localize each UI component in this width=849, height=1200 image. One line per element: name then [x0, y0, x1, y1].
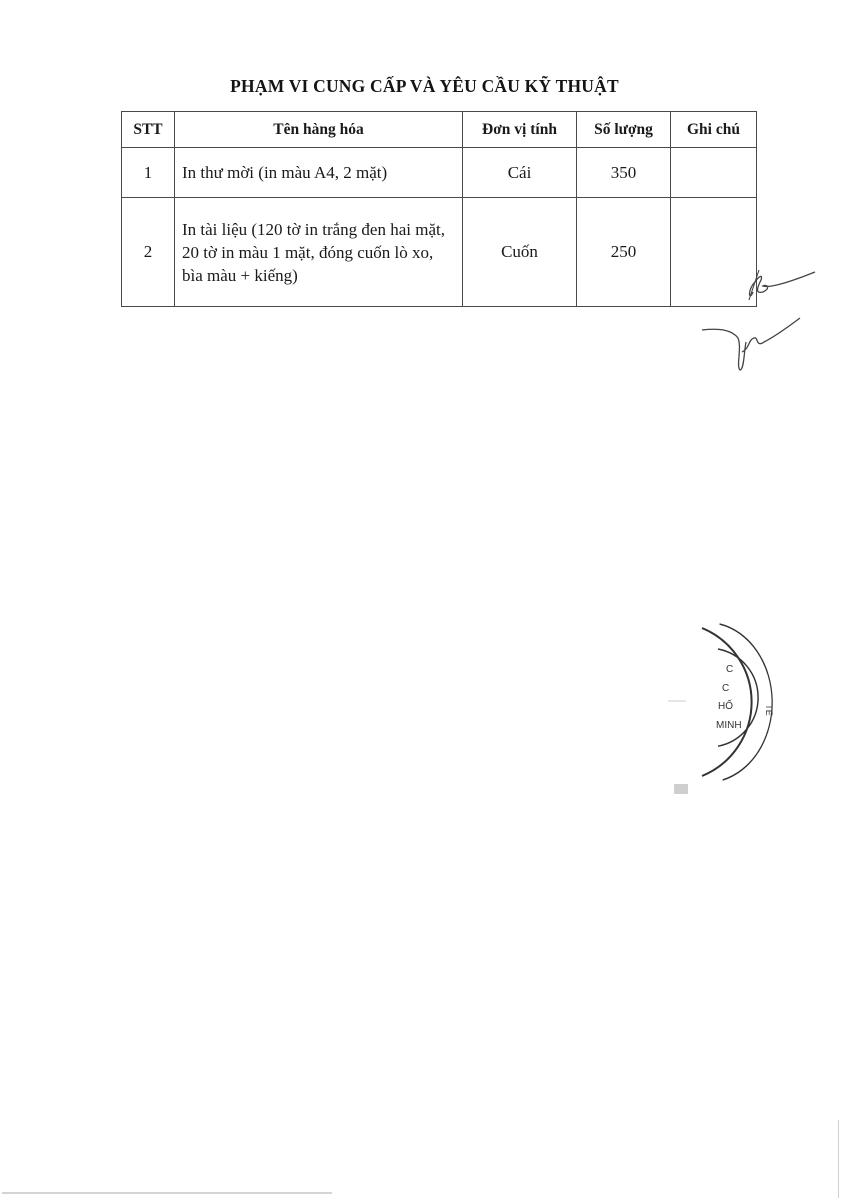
cell-quantity: 250	[577, 198, 671, 307]
scan-edge	[838, 1120, 839, 1198]
stamp-text: MINH	[716, 720, 742, 731]
cell-note	[671, 148, 757, 198]
signature-1	[745, 262, 825, 307]
cell-note	[671, 198, 757, 307]
stamp-text: TE	[764, 704, 774, 716]
header-unit: Đơn vị tính	[463, 112, 577, 148]
scan-artifact	[674, 784, 688, 794]
scan-edge	[2, 1192, 332, 1194]
cell-stt: 1	[122, 148, 175, 198]
stamp-text: C	[726, 664, 733, 675]
header-quantity: Số lượng	[577, 112, 671, 148]
scan-artifact	[668, 700, 686, 702]
table-row: 2 In tài liệu (120 tờ in trắng đen hai m…	[122, 198, 757, 307]
specification-table: STT Tên hàng hóa Đơn vị tính Số lượng Gh…	[121, 111, 757, 307]
stamp-seal	[700, 622, 790, 782]
table-row: 1 In thư mời (in màu A4, 2 mặt) Cái 350	[122, 148, 757, 198]
document-title: PHẠM VI CUNG CẤP VÀ YÊU CẦU KỸ THUẬT	[0, 76, 849, 97]
cell-stt: 2	[122, 198, 175, 307]
header-note: Ghi chú	[671, 112, 757, 148]
cell-item-name: In thư mời (in màu A4, 2 mặt)	[175, 148, 463, 198]
stamp-text: C	[722, 683, 729, 694]
stamp-text: HỐ	[718, 701, 733, 712]
cell-quantity: 350	[577, 148, 671, 198]
table-header-row: STT Tên hàng hóa Đơn vị tính Số lượng Gh…	[122, 112, 757, 148]
cell-item-name: In tài liệu (120 tờ in trắng đen hai mặt…	[175, 198, 463, 307]
header-stt: STT	[122, 112, 175, 148]
signature-2	[700, 312, 810, 382]
cell-unit: Cuốn	[463, 198, 577, 307]
header-item-name: Tên hàng hóa	[175, 112, 463, 148]
cell-unit: Cái	[463, 148, 577, 198]
